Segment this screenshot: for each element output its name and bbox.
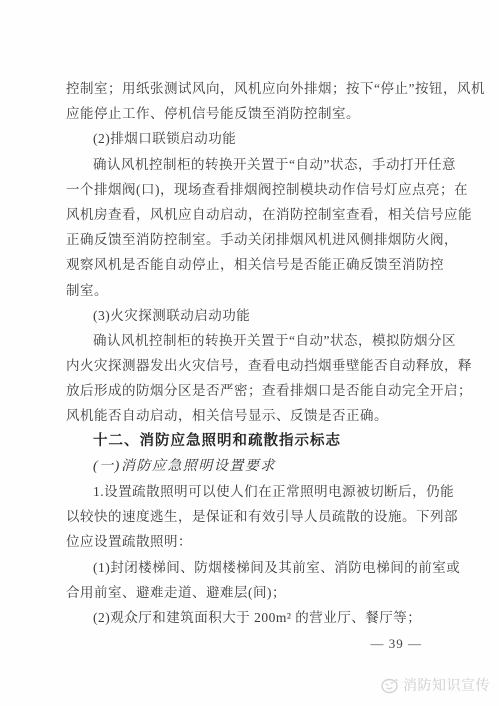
document-page: 控制室；用纸张测试风向，风机应向外排烟；按下“停止”按钮，风机应能停止工作、停机… xyxy=(0,0,499,706)
text-line: (1)封闭楼梯间、防烟楼梯间及其前室、消防电梯间的前室或 xyxy=(66,555,440,580)
text-line: 确认风机控制柜的转换开关置于“自动”状态，模拟防烟分区 xyxy=(66,328,440,353)
text-line: (2)观众厅和建筑面积大于 200m² 的营业厅、餐厅等； xyxy=(66,605,440,630)
text-line: 以较快的速度逃生，是保证和有效引导人员疏散的设施。下列部 xyxy=(66,504,440,529)
text-line: 放后形成的防烟分区是否严密；查看排烟口是否能自动完全开启； xyxy=(66,378,440,403)
text-line: 位应设置疏散照明： xyxy=(66,529,440,554)
page-number: — 39 — xyxy=(66,631,440,656)
text-line: 确认风机控制柜的转换开关置于“自动”状态，手动打开任意 xyxy=(66,152,440,177)
text-line: (2)排烟口联锁启动功能 xyxy=(66,126,440,151)
text-line: 制室。 xyxy=(66,278,440,303)
watermark: 消防知识宣传 xyxy=(380,675,490,695)
text-line: 风机房查看，风机应自动启动，在消防控制室查看，相关信号应能 xyxy=(66,202,440,227)
text-line: 应能停止工作、停机信号能反馈至消防控制室。 xyxy=(66,101,440,126)
document-text-block: 控制室；用纸张测试风向，风机应向外排烟；按下“停止”按钮，风机应能停止工作、停机… xyxy=(66,76,440,656)
subsection-heading: (一)消防应急照明设置要求 xyxy=(66,454,440,479)
text-lines-container: 控制室；用纸张测试风向，风机应向外排烟；按下“停止”按钮，风机应能停止工作、停机… xyxy=(66,76,440,630)
smiley-face-icon xyxy=(380,677,399,694)
text-line: 观察风机是否能自动停止，相关信号是否能正确反馈至消防控 xyxy=(66,252,440,277)
text-line: 一个排烟阀(口)，现场查看排烟阀控制模块动作信号灯应点亮；在 xyxy=(66,177,440,202)
watermark-label: 消防知识宣传 xyxy=(403,675,490,695)
text-line: (3)火灾探测联动启动功能 xyxy=(66,303,440,328)
text-line: 风机能否自动启动，相关信号显示、反馈是否正确。 xyxy=(66,403,440,428)
text-line: 控制室；用纸张测试风向，风机应向外排烟；按下“停止”按钮，风机 xyxy=(66,76,440,101)
text-line: 内火灾探测器发出火灾信号，查看电动挡烟垂壁能否自动释放，释 xyxy=(66,353,440,378)
text-line: 正确反馈至消防控制室。手动关闭排烟风机进风侧排烟防火阀， xyxy=(66,227,440,252)
text-line: 1.设置疏散照明可以使人们在正常照明电源被切断后，仍能 xyxy=(66,479,440,504)
text-line: 合用前室、避难走道、避难层(间)； xyxy=(66,580,440,605)
chapter-heading: 十二、消防应急照明和疏散指示标志 xyxy=(66,429,440,454)
